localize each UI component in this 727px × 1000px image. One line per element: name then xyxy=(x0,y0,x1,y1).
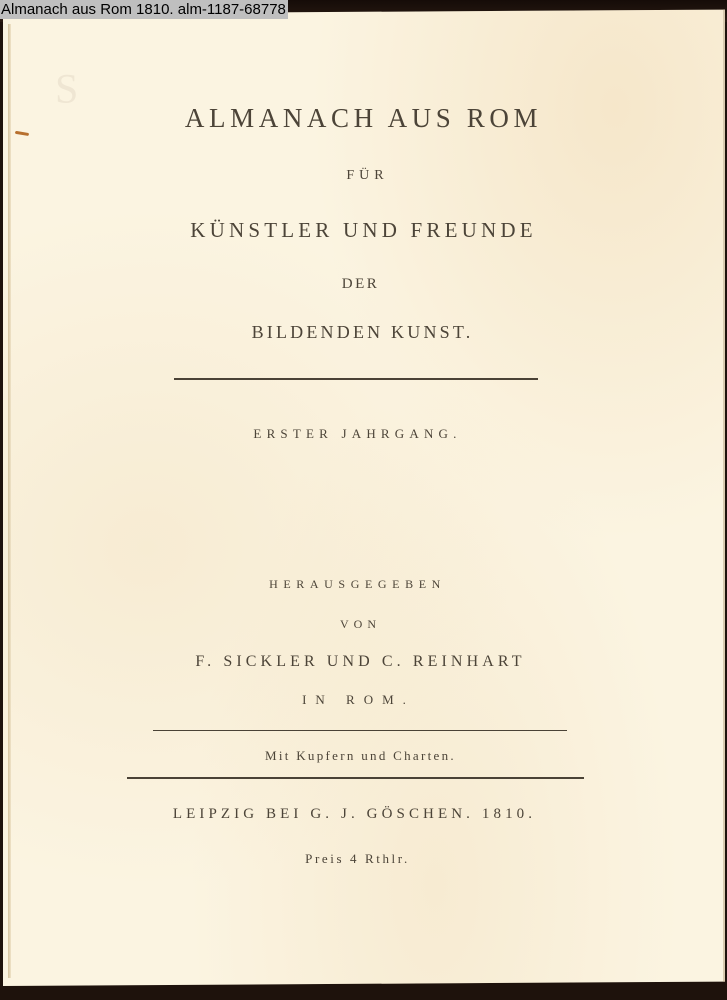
line-von: VON xyxy=(0,617,724,632)
book-title: ALMANACH AUS ROM xyxy=(0,103,727,134)
divider-rule-2 xyxy=(153,730,567,731)
divider-rule-3 xyxy=(127,777,584,779)
volume-label: ERSTER JAHRGANG. xyxy=(0,426,721,442)
divider-rule-1 xyxy=(174,378,538,380)
edited-by-label: HERAUSGEGEBEN xyxy=(0,577,721,592)
subtitle-artists-and-friends: KÜNSTLER UND FREUNDE xyxy=(0,218,727,243)
location-label: IN ROM. xyxy=(0,692,722,708)
image-caption: Almanach aus Rom 1810. alm-1187-68778 xyxy=(0,0,288,19)
subtitle-visual-arts: BILDENDEN KUNST. xyxy=(0,322,726,343)
title-page: S xyxy=(3,10,725,986)
price-label: Preis 4 Rthlr. xyxy=(0,851,721,867)
line-fuer: FÜR xyxy=(4,168,727,184)
line-der: DER xyxy=(0,276,724,293)
editors-names: F. SICKLER UND C. REINHART xyxy=(0,653,724,671)
illustrations-note: Mit Kupfern und Charten. xyxy=(0,748,724,764)
imprint-publisher: LEIPZIG BEI G. J. GÖSCHEN. 1810. xyxy=(0,806,718,823)
